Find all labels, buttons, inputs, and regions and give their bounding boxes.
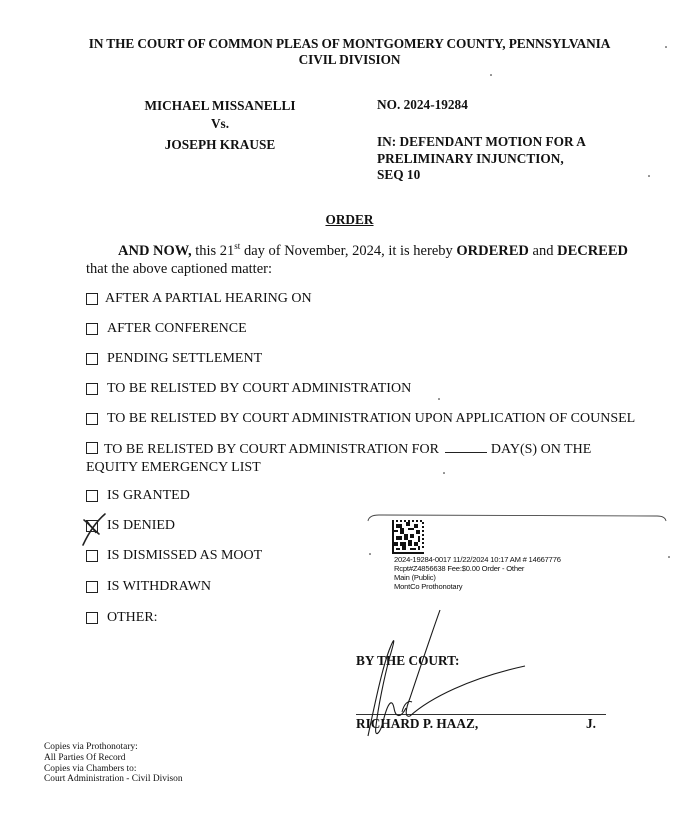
option-label: IS WITHDRAWN [107,578,211,596]
checkbox[interactable] [86,550,98,562]
checkbox[interactable] [86,612,98,624]
stamp-line-office: MontCo Prothonotary [394,582,561,591]
scan-speck [438,398,440,400]
signature-line [356,714,606,715]
option-relisted: TO BE RELISTED BY COURT ADMINISTRATION [86,380,411,398]
option-label: PENDING SETTLEMENT [107,350,262,368]
days-blank-field[interactable] [445,440,487,453]
judge-suffix: J. [586,716,596,732]
option-label: OTHER: [107,609,158,627]
option-label: TO BE RELISTED BY COURT ADMINISTRATION [107,380,411,398]
motion-description: IN: DEFENDANT MOTION FOR A PRELIMINARY I… [377,134,586,184]
checkbox[interactable] [86,323,98,335]
option-label: TO BE RELISTED BY COURT ADMINISTRATION U… [107,410,635,428]
option-other: OTHER: [86,609,158,627]
court-header: IN THE COURT OF COMMON PLEAS OF MONTGOME… [0,36,699,68]
scan-speck [648,175,650,177]
order-title: ORDER [0,212,699,228]
option-partial-hearing: AFTER A PARTIAL HEARING ON [86,290,312,308]
party-caption: MICHAEL MISSANELLI Vs. JOSEPH KRAUSE [130,97,310,154]
checkbox[interactable] [86,490,98,502]
option-label: TO BE RELISTED BY COURT ADMINISTRATION F… [104,442,439,457]
intro-line-2: that the above captioned matter: [86,260,646,278]
checkbox[interactable] [86,442,98,454]
intro-lead: AND NOW, [118,243,192,259]
stamp-line-receipt: Rcpt#Z4856638 Fee:$0.00 Order - Other [394,564,561,573]
motion-line: IN: DEFENDANT MOTION FOR A [377,134,586,151]
division-name: CIVIL DIVISION [0,52,699,68]
option-granted: IS GRANTED [86,487,190,505]
option-label: AFTER CONFERENCE [107,320,247,338]
checkbox[interactable] [86,353,98,365]
ordered-keyword: ORDERED [456,243,529,259]
checkbox[interactable] [86,293,98,305]
option-after-conference: AFTER CONFERENCE [86,320,247,338]
option-label: AFTER A PARTIAL HEARING ON [105,290,312,308]
option-label: IS DENIED [107,517,175,535]
handwritten-x-mark-icon [81,512,107,546]
intro-text: and [529,243,557,259]
copies-line: Copies via Chambers to: [44,764,183,775]
copies-line: Copies via Prothonotary: [44,742,183,753]
copies-line: Court Administration - Civil Divison [44,774,183,785]
checkbox[interactable] [86,413,98,425]
copies-distribution: Copies via Prothonotary: All Parties Of … [44,742,183,785]
intro-text: day of November, 2024, it is hereby [240,243,456,259]
stamp-line-access: Main (Public) [394,573,561,582]
stamp-text: 2024-19284-0017 11/22/2024 10:17 AM # 14… [394,555,561,591]
court-name: IN THE COURT OF COMMON PLEAS OF MONTGOME… [0,36,699,52]
scan-speck [665,46,667,48]
order-intro: AND NOW, this 21st day of November, 2024… [86,242,646,278]
motion-line: SEQ 10 [377,167,586,184]
order-title-text: ORDER [325,212,373,227]
option-label: IS GRANTED [107,487,190,505]
scan-speck [369,553,371,555]
option-withdrawn: IS WITHDRAWN [86,578,211,596]
checkbox-checked[interactable] [86,520,98,532]
checkbox[interactable] [86,581,98,593]
scan-speck [490,74,492,76]
option-relisted-upon-application: TO BE RELISTED BY COURT ADMINISTRATION U… [86,410,635,428]
option-label: IS DISMISSED AS MOOT [107,547,262,565]
motion-line: PRELIMINARY INJUNCTION, [377,151,586,168]
option-pending-settlement: PENDING SETTLEMENT [86,350,262,368]
judge-name: RICHARD P. HAAZ, [356,716,478,732]
checkbox[interactable] [86,383,98,395]
copies-line: All Parties Of Record [44,753,183,764]
scan-speck [443,472,445,474]
by-the-court-label: BY THE COURT: [356,653,459,669]
option-denied: IS DENIED [86,517,175,535]
scan-speck [668,556,670,558]
case-number: NO. 2024-19284 [377,97,468,113]
stamp-line-filing: 2024-19284-0017 11/22/2024 10:17 AM # 14… [394,555,561,564]
filing-stamp: 2024-19284-0017 11/22/2024 10:17 AM # 14… [367,510,667,600]
option-relisted-equity-list: TO BE RELISTED BY COURT ADMINISTRATION F… [86,440,646,477]
plaintiff-name: MICHAEL MISSANELLI [130,97,310,115]
option-dismissed-moot: IS DISMISSED AS MOOT [86,547,262,565]
decreed-keyword: DECREED [557,243,628,259]
datamatrix-barcode-icon [392,520,424,554]
versus-label: Vs. [130,115,310,133]
defendant-name: JOSEPH KRAUSE [130,136,310,154]
intro-text: this 21 [192,243,235,259]
